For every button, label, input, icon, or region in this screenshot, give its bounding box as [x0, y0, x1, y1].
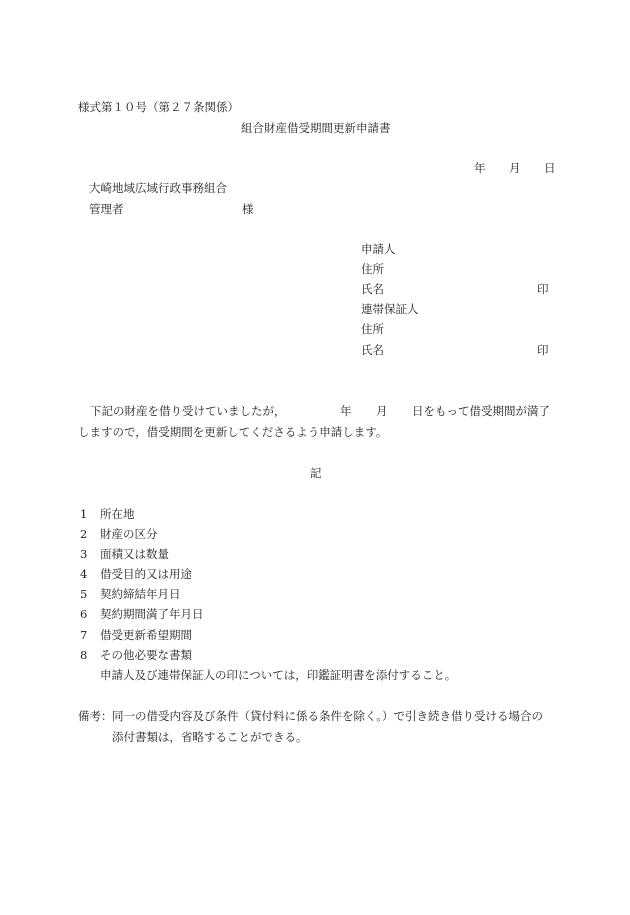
applicant-name-label: 氏名: [361, 284, 384, 296]
addressee-organization: 大崎地域広域行政事務組合: [89, 183, 227, 195]
date-year-label: 年: [474, 163, 486, 175]
item-label: 契約締結年月日: [100, 589, 181, 601]
item-number: 4: [80, 569, 87, 581]
ki-heading: 記: [310, 468, 322, 480]
addressee-honorific: 様: [242, 204, 254, 216]
applicant-heading: 申請人: [361, 244, 396, 256]
guarantor-address-label: 住所: [361, 324, 384, 336]
applicant-seal-mark: 印: [537, 284, 549, 296]
remarks-line2: 添付書類は，省略することができる。: [112, 732, 308, 744]
item8-note: 申請人及び連帯保証人の印については，印鑑証明書を添付すること。: [100, 670, 456, 682]
guarantor-seal-mark: 印: [537, 345, 549, 357]
item-number: 1: [80, 509, 87, 521]
body-line1-pre: 下記の財産を借り受けていましたが，: [90, 406, 286, 418]
item-label: 借受更新希望期間: [100, 630, 192, 642]
body-line1-month: 月: [376, 406, 388, 418]
item-label: 面積又は数量: [100, 549, 169, 561]
date-month-label: 月: [509, 163, 521, 175]
item-number: 6: [80, 609, 87, 621]
item-label: その他必要な書類: [100, 650, 192, 662]
remarks-label: 備考：: [78, 711, 113, 723]
item-number: 3: [80, 549, 87, 561]
body-line2: しますので，借受期間を更新してくださるよう申請します。: [78, 427, 387, 439]
document-title: 組合財産借受期間更新申請書: [241, 123, 391, 135]
item-number: 7: [80, 630, 87, 642]
guarantor-name-label: 氏名: [361, 345, 384, 357]
date-day-label: 日: [544, 163, 556, 175]
item-number: 8: [80, 650, 87, 662]
item-number: 2: [80, 529, 87, 541]
guarantor-heading: 連帯保証人: [361, 304, 419, 316]
item-label: 財産の区分: [100, 529, 158, 541]
applicant-address-label: 住所: [361, 264, 384, 276]
body-line1-year: 年: [340, 406, 352, 418]
item-number: 5: [80, 589, 87, 601]
item-label: 所在地: [100, 509, 135, 521]
form-number: 様式第１０号（第２７条関係）: [78, 102, 239, 114]
body-line1-post: 日をもって借受期間が満了: [412, 406, 550, 418]
addressee-role: 管理者: [89, 204, 124, 216]
remarks-line1: 同一の借受内容及び条件（貸付料に係る条件を除く。）で引き続き借り受ける場合の: [112, 711, 543, 723]
item-label: 借受目的又は用途: [100, 569, 192, 581]
item-label: 契約期間満了年月日: [100, 609, 204, 621]
